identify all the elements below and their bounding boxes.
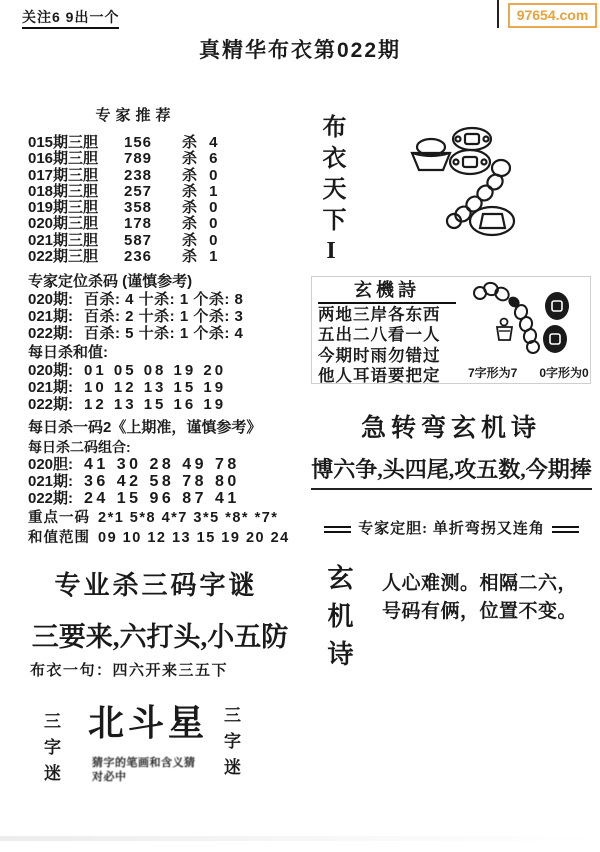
history-kill: 杀 6 <box>182 151 222 167</box>
caption-seven: 7字形为7 <box>468 366 517 380</box>
row-period: 021期: <box>28 379 84 396</box>
mystery-poem-box: 玄機詩 两地三岸各东西 五出二八看一人 今期时雨勿错过 他人耳语要把定 <box>311 276 591 384</box>
poem-line: 人心难测。相隔二六， <box>382 570 594 598</box>
history-candidates: 178 <box>124 216 182 232</box>
seven-shape-coin-chain-drawing <box>462 279 590 361</box>
three-char-riddle-label-left: 三字迷 <box>38 712 63 808</box>
row-period: 022期: <box>28 490 84 507</box>
history-kill: 杀 0 <box>182 233 222 249</box>
history-period: 015期三胆 <box>28 135 124 151</box>
gold-ingot-coins-chain-drawing <box>398 122 536 242</box>
table-row: 022期:百杀: 5 十杀: 1 个杀: 4 <box>28 325 306 342</box>
page-title: 真精华布衣第022期 <box>0 38 600 64</box>
history-candidates: 238 <box>124 168 182 184</box>
daily-kill-two-title: 每日杀二码组合: <box>28 439 306 456</box>
sharp-turn-poem-title: 急转弯玄机诗 <box>311 414 591 444</box>
expert-history-title: 专家推荐 <box>28 106 243 126</box>
double-dash-icon <box>552 526 579 533</box>
history-period: 022期三胆 <box>28 249 124 265</box>
note-line: 对必中 <box>92 770 222 784</box>
coin-icon <box>450 150 490 174</box>
history-candidates: 236 <box>124 249 182 265</box>
table-row: 020期三胆178杀 0 <box>28 216 306 232</box>
table-row: 018期三胆257杀 1 <box>28 184 306 200</box>
poem-line: 他人耳语要把定 <box>318 366 456 386</box>
table-row: 021期:36 42 58 78 80 <box>28 473 306 490</box>
row-values: 10 12 13 15 19 <box>84 379 226 396</box>
row-period: 020胆: <box>28 456 84 473</box>
expert-dan-text: 专家定胆: 单折弯拐又连角 <box>358 520 545 538</box>
history-kill: 杀 0 <box>182 168 222 184</box>
key-number-row: 重点一码2*1 5*8 4*7 3*5 *8* *7* <box>28 510 306 527</box>
key-number-values: 2*1 5*8 4*7 3*5 *8* *7* <box>98 510 278 527</box>
mystery-poem-text: 玄機詩 两地三岸各东西 五出二八看一人 今期时雨勿错过 他人耳语要把定 <box>312 277 462 383</box>
history-period: 017期三胆 <box>28 168 124 184</box>
daily-kill-sum-title: 每日杀和值: <box>28 344 306 362</box>
row-values: 36 42 58 78 80 <box>84 473 240 490</box>
history-kill: 杀 4 <box>182 135 222 151</box>
poem-line: 今期时雨勿错过 <box>318 346 456 366</box>
history-period: 020期三胆 <box>28 216 124 232</box>
table-row: 020期:百杀: 4 十杀: 1 个杀: 8 <box>28 291 306 308</box>
poem-line: 号码有俩，位置不变。 <box>382 598 594 626</box>
expert-dan-line: 专家定胆: 单折弯拐又连角 <box>311 520 592 538</box>
table-row: 022期:24 15 96 87 41 <box>28 490 306 507</box>
history-period: 016期三胆 <box>28 151 124 167</box>
position-kill-title: 专家定位杀码 (谨慎参考) <box>28 273 306 291</box>
double-dash-icon <box>324 526 351 533</box>
three-char-riddle-note: 猜字的笔画和含义猜 对必中 <box>92 756 222 784</box>
row-period: 021期: <box>28 308 84 325</box>
table-row: 021期:10 12 13 15 19 <box>28 379 306 396</box>
poem-line: 五出二八看一人 <box>318 325 456 345</box>
table-row: 021期:百杀: 2 十杀: 1 个杀: 3 <box>28 308 306 325</box>
table-row: 022期三胆236杀 1 <box>28 249 306 265</box>
table-row: 022期:12 13 15 16 19 <box>28 396 306 413</box>
note-line: 猜字的笔画和含义猜 <box>92 756 222 770</box>
three-char-riddle-label-right: 三字迷 <box>218 706 243 802</box>
scan-artifact <box>0 836 600 841</box>
three-char-riddle-answer: 北斗星 <box>88 702 208 744</box>
table-row: 020期:01 05 08 19 20 <box>28 362 306 379</box>
row-values: 41 30 28 49 78 <box>84 456 240 473</box>
history-kill: 杀 0 <box>182 216 222 232</box>
row-period: 022期: <box>28 325 84 342</box>
table-row: 020胆:41 30 28 49 78 <box>28 456 306 473</box>
kill-three-riddle-line: 三要来,六打头,小五防 <box>30 620 290 654</box>
left-column: 专家推荐 015期三胆156杀 4 016期三胆789杀 6 017期三胆238… <box>28 106 306 547</box>
row-period: 020期: <box>28 291 84 308</box>
shape-caption: 7字形为70字形为0 <box>468 366 589 380</box>
caption-zero: 0字形为0 <box>539 366 588 380</box>
daily-kill-one-line: 每日杀一码2《上期准，谨慎参考》 <box>28 418 306 437</box>
cup-icon <box>497 319 512 341</box>
row-values: 12 13 15 16 19 <box>84 396 226 413</box>
row-period: 021期: <box>28 473 84 490</box>
history-candidates: 156 <box>124 135 182 151</box>
sum-range-label: 和值范围 <box>28 530 98 547</box>
poem-line: 两地三岸各东西 <box>318 305 456 325</box>
history-period: 018期三胆 <box>28 184 124 200</box>
sharp-turn-poem-line: 博六争,头四尾,攻五数,今期捧 <box>311 456 592 490</box>
history-candidates: 587 <box>124 233 182 249</box>
coin-icon <box>453 128 491 150</box>
table-row: 015期三胆156杀 4 <box>28 135 306 151</box>
dark-coin-icon <box>545 292 569 320</box>
history-kill: 杀 1 <box>182 249 222 265</box>
big-coin-icon <box>470 207 514 235</box>
history-candidates: 257 <box>124 184 182 200</box>
chain-icon <box>474 281 539 353</box>
buyi-sentence: 布衣一句：四六开来三五下 <box>30 662 228 681</box>
history-kill: 杀 1 <box>182 184 222 200</box>
site-link[interactable]: 97654.com <box>508 3 597 28</box>
row-period: 020期: <box>28 362 84 379</box>
row-values: 01 05 08 19 20 <box>84 362 226 379</box>
buyi-tianxia-title: 布衣天下I <box>314 114 349 274</box>
mystery-poem-bottom-text: 人心难测。相隔二六， 号码有俩，位置不变。 <box>382 570 594 626</box>
lottery-tip-sheet: 关注6 9出一个 97654.com 真精华布衣第022期 专家推荐 015期三… <box>0 0 600 852</box>
mystery-poem-vertical-title: 玄机诗 <box>320 564 357 694</box>
table-row: 016期三胆789杀 6 <box>28 151 306 167</box>
gold-ingot-icon <box>412 139 450 170</box>
key-number-label: 重点一码 <box>28 510 98 527</box>
kill-three-riddle-title: 专业杀三码字谜 <box>36 570 276 602</box>
mystery-poem-figure: 7字形为70字形为0 <box>462 277 590 383</box>
row-period: 022期: <box>28 396 84 413</box>
history-candidates: 789 <box>124 151 182 167</box>
expert-history-table: 015期三胆156杀 4 016期三胆789杀 6 017期三胆238杀 0 0… <box>28 135 306 265</box>
sum-range-row: 和值范围09 10 12 13 15 19 20 24 <box>28 530 306 547</box>
header-divider <box>497 0 499 28</box>
row-values: 百杀: 4 十杀: 1 个杀: 8 <box>84 291 243 308</box>
history-period: 021期三胆 <box>28 233 124 249</box>
dark-coin-icon <box>543 325 567 353</box>
row-values: 百杀: 5 十杀: 1 个杀: 4 <box>84 325 243 342</box>
focus-note: 关注6 9出一个 <box>22 8 119 29</box>
mystery-poem-title: 玄機詩 <box>318 280 456 304</box>
history-candidates: 358 <box>124 200 182 216</box>
row-values: 百杀: 2 十杀: 1 个杀: 3 <box>84 308 243 325</box>
table-row: 017期三胆238杀 0 <box>28 168 306 184</box>
row-values: 24 15 96 87 41 <box>84 490 240 507</box>
table-row: 021期三胆587杀 0 <box>28 233 306 249</box>
sum-range-values: 09 10 12 13 15 19 20 24 <box>98 530 290 547</box>
